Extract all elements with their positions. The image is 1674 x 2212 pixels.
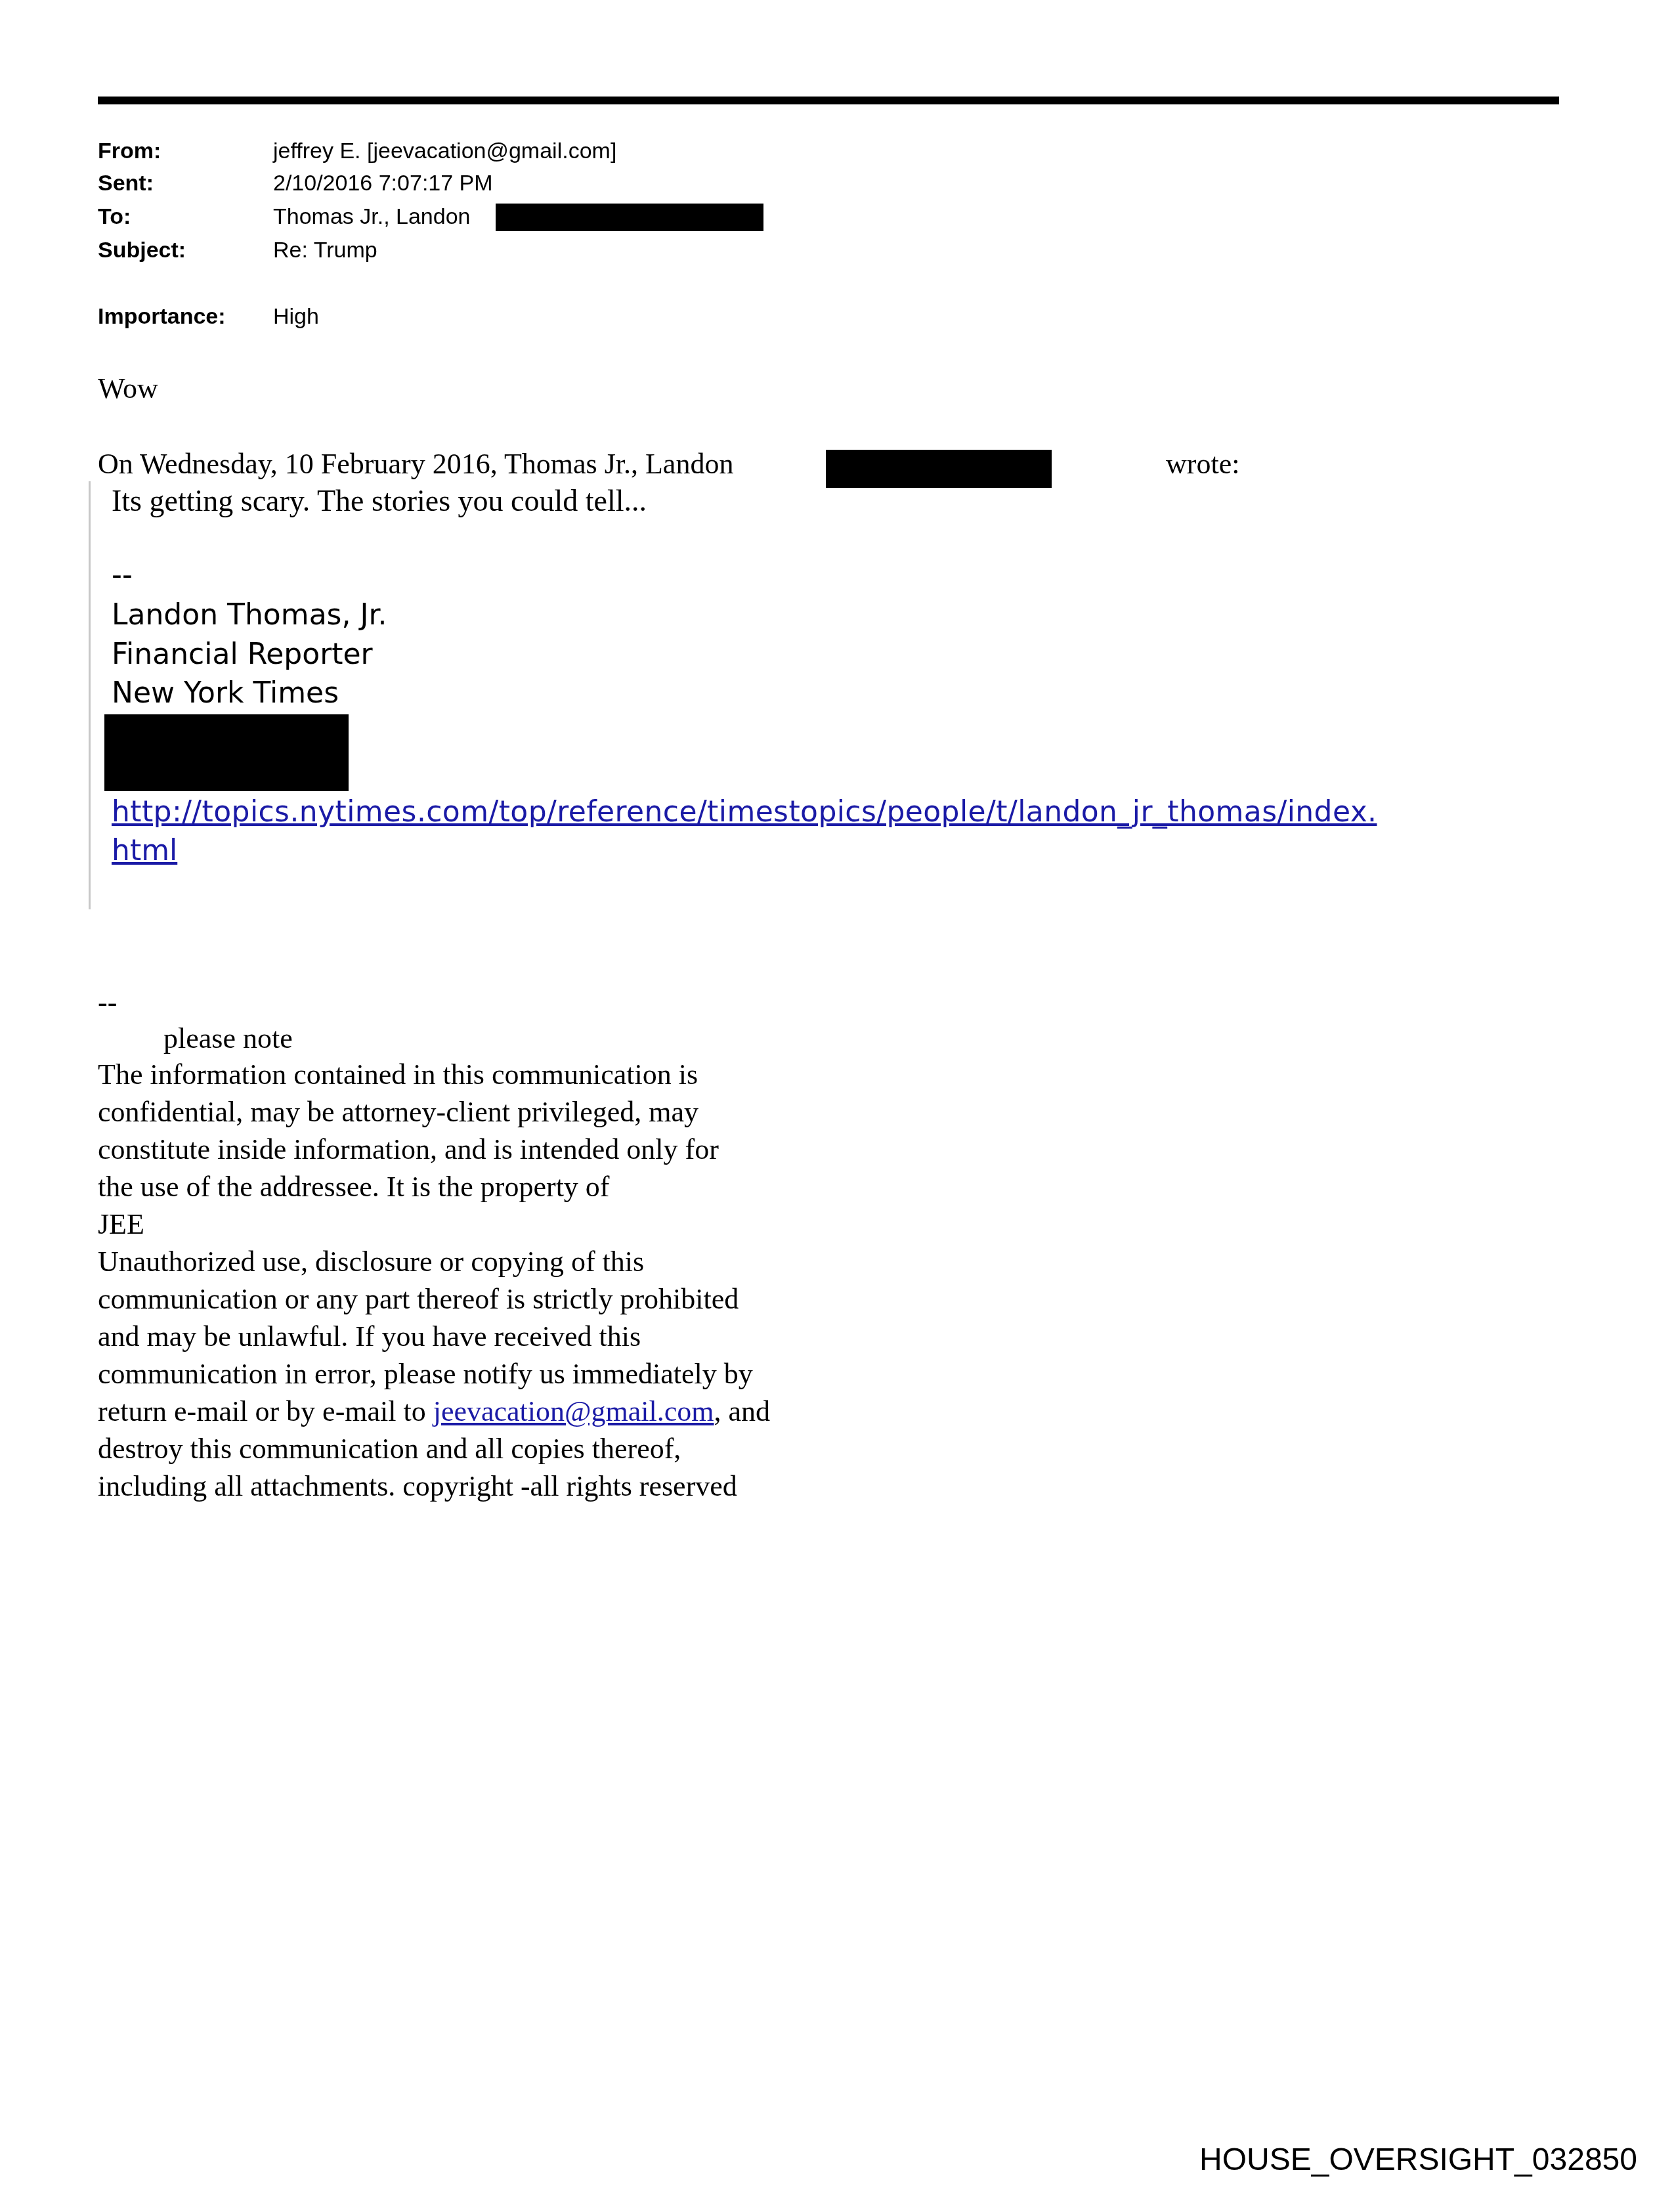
quote-bar [89,481,91,909]
header-rule [98,97,1559,104]
quote-intro: On Wednesday, 10 February 2016, Thomas J… [98,447,733,481]
quoted-signature-organization: New York Times [112,676,339,710]
disclaimer-line: and may be unlawful. If you have receive… [98,1318,641,1355]
disclaimer-email-line: return e-mail or by e-mail to jeevacatio… [98,1393,770,1430]
disclaimer-line: Unauthorized use, disclosure or copying … [98,1243,644,1280]
disclaimer-line: communication in error, please notify us… [98,1355,753,1393]
disclaimer-line: including all attachments. copyright -al… [98,1467,737,1505]
disclaimer-line: the use of the addressee. It is the prop… [98,1168,610,1205]
importance-label: Importance: [98,303,226,330]
disclaimer-email-link[interactable]: jeevacation@gmail.com [433,1395,714,1427]
disclaimer-line: communication or any part thereof is str… [98,1280,739,1318]
quoted-signature-title: Financial Reporter [112,638,373,672]
from-label: From: [98,138,161,164]
footer-separator: -- [98,984,117,1021]
redaction-quoted-email [826,450,1052,488]
disclaimer-line: The information contained in this commun… [98,1056,698,1093]
to-value: Thomas Jr., Landon [273,204,471,230]
bates-number: HOUSE_OVERSIGHT_032850 [1199,2142,1637,2179]
redaction-signature-contact [104,714,349,791]
subject-label: Subject: [98,237,186,263]
quote-intro-before: On Wednesday, 10 February 2016, Thomas J… [98,448,733,480]
to-label: To: [98,204,131,230]
nytimes-profile-link-continued[interactable]: html [112,834,177,868]
disclaimer-email-after: , and [714,1395,771,1427]
disclaimer-line: destroy this communication and all copie… [98,1430,681,1467]
importance-value: High [273,303,319,330]
quoted-signature-separator: -- [112,558,133,592]
quoted-message: Its getting scary. The stories you could… [112,484,647,518]
sent-value: 2/10/2016 7:07:17 PM [273,170,493,196]
footer-note: please note [163,1020,293,1057]
disclaimer-line: confidential, may be attorney-client pri… [98,1093,698,1131]
disclaimer-email-before: return e-mail or by e-mail to [98,1395,433,1427]
subject-value: Re: Trump [273,237,377,263]
quoted-signature-name: Landon Thomas, Jr. [112,598,387,632]
sent-label: Sent: [98,170,154,196]
disclaimer-line: constitute inside information, and is in… [98,1131,719,1168]
nytimes-profile-link[interactable]: http://topics.nytimes.com/top/reference/… [112,795,1377,829]
quote-intro-after: wrote: [1166,447,1239,481]
disclaimer-line: JEE [98,1205,144,1243]
from-value: jeffrey E. [jeevacation@gmail.com] [273,138,616,164]
redaction-to-email [496,204,763,231]
reply-text: Wow [98,372,158,406]
